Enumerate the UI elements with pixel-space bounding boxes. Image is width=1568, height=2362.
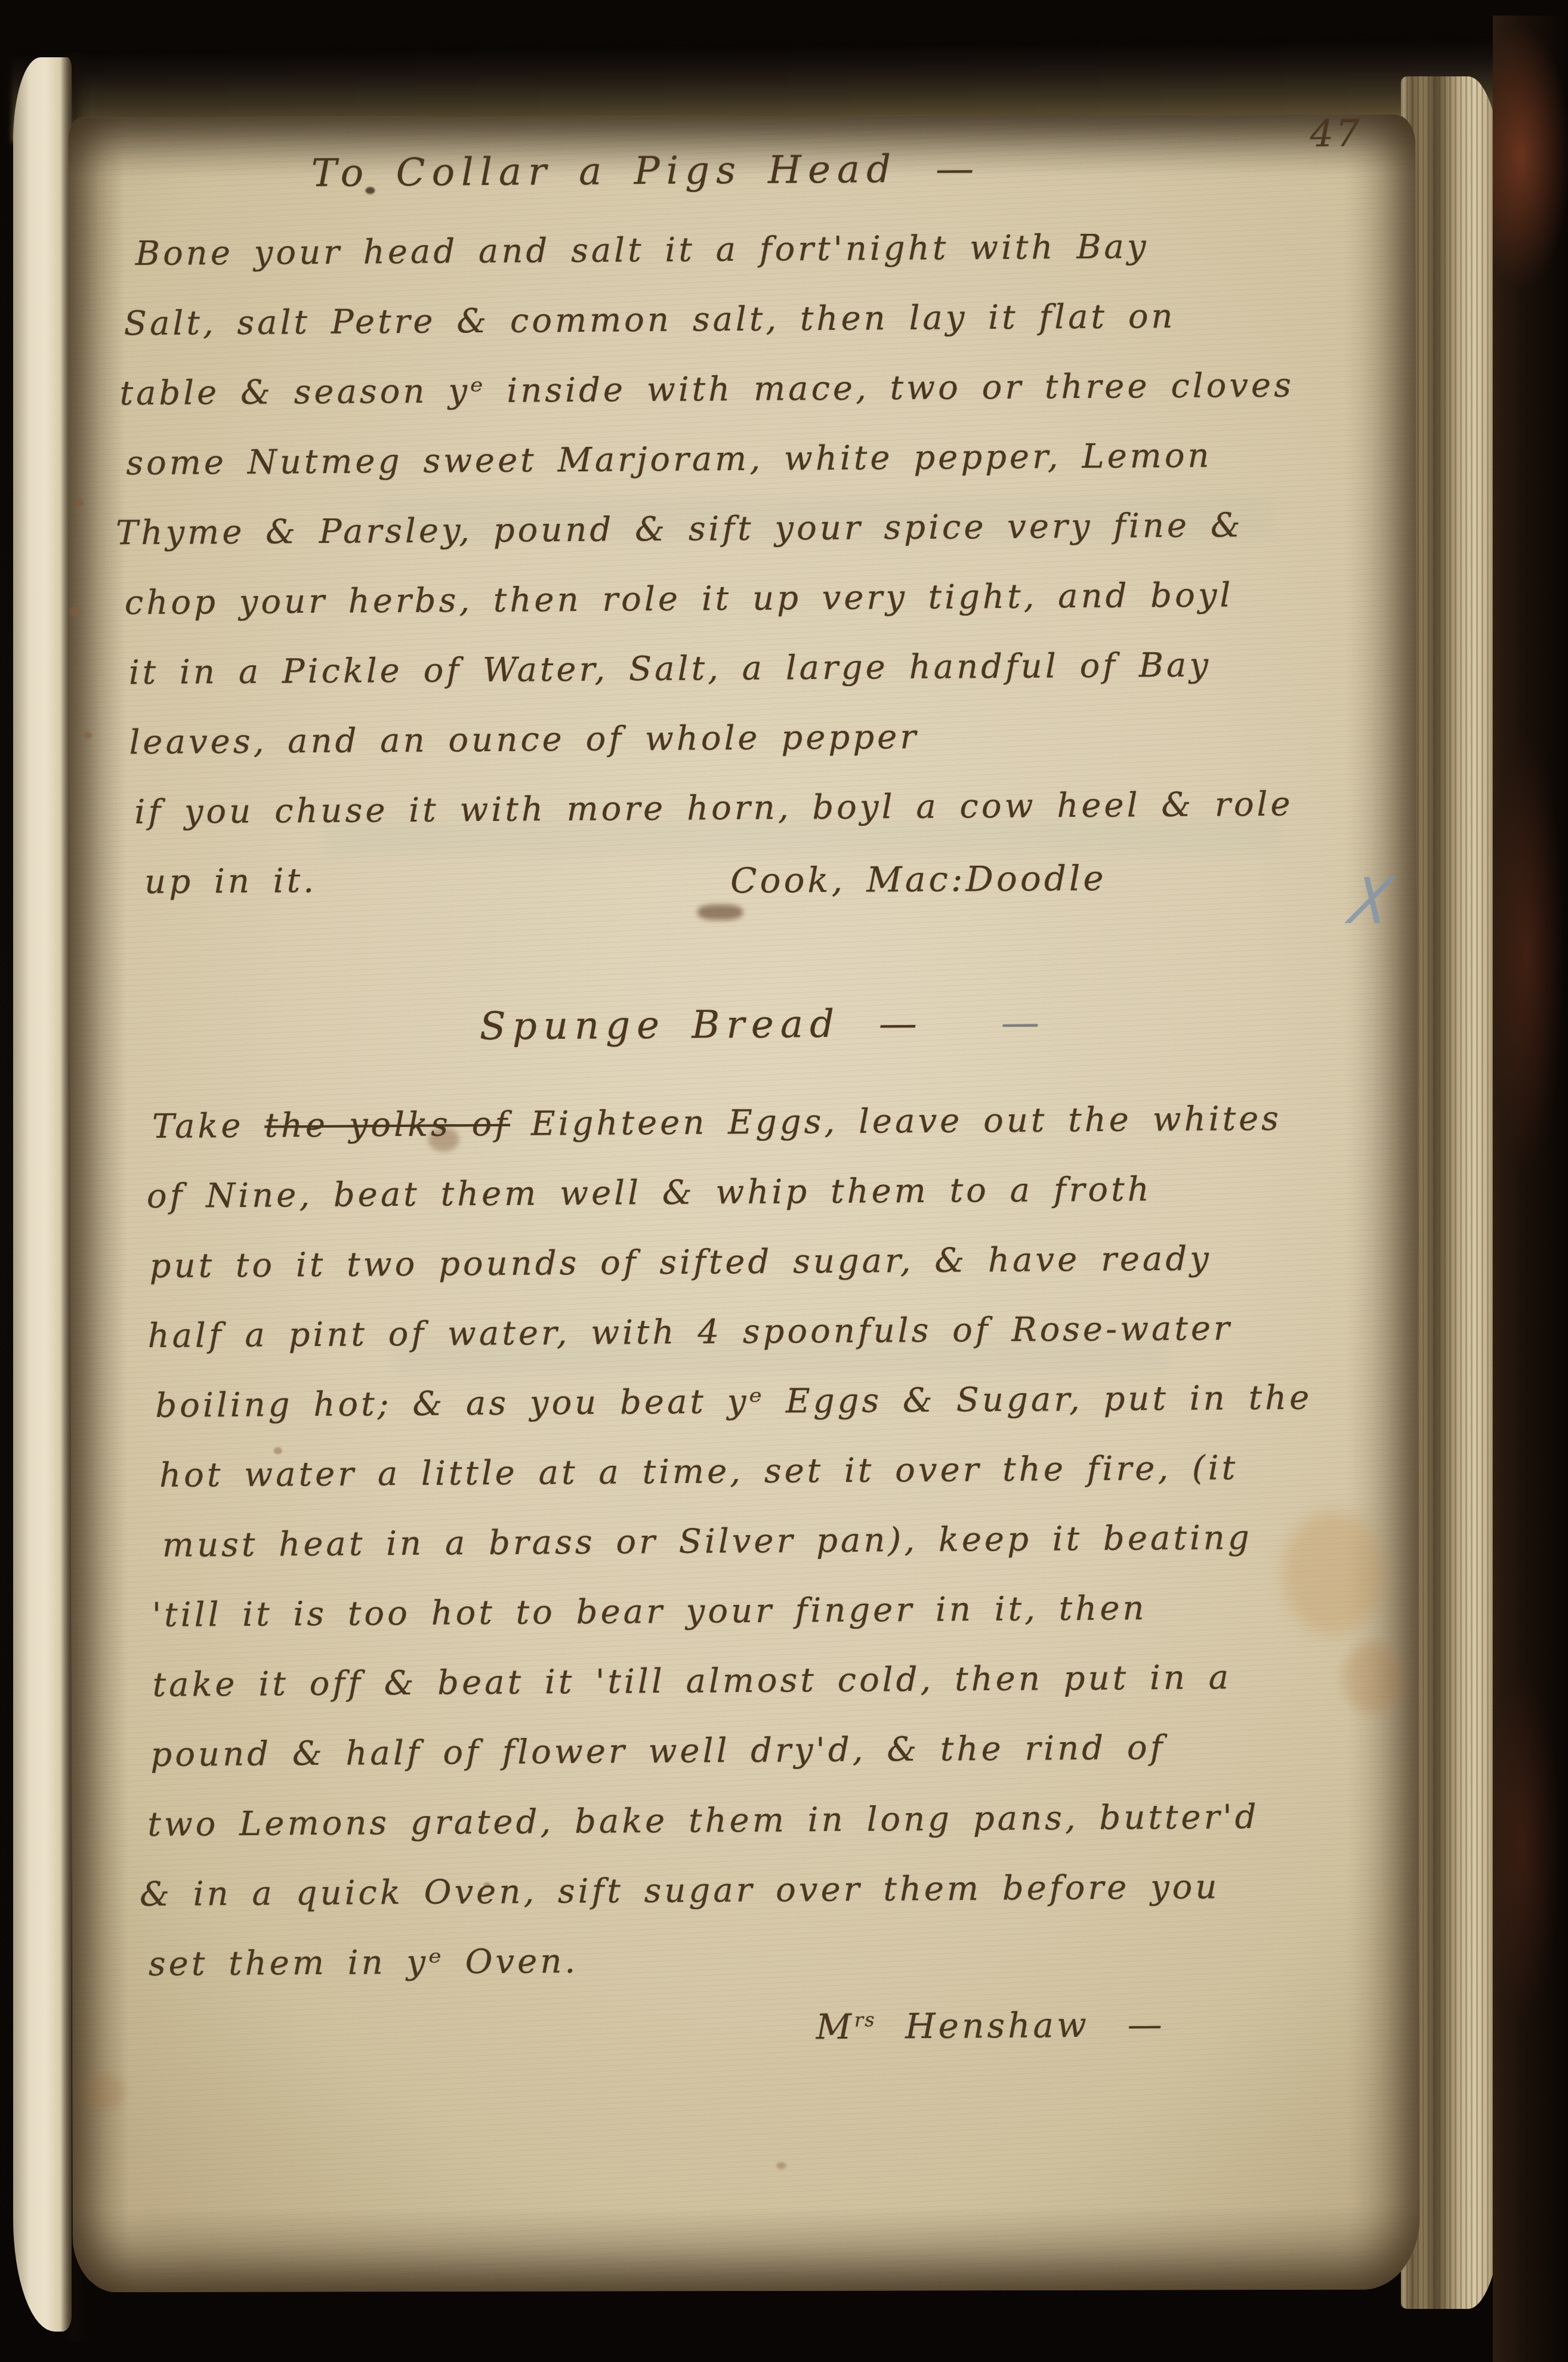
recipe-line: Take the yolks of Eighteen Eggs, leave o… <box>152 1100 1282 1146</box>
recipe-title: To Collar a Pigs Head— <box>311 147 981 196</box>
recipe-line: leaves, and an ounce of whole pepper <box>129 718 919 762</box>
book-cover-edge <box>1493 16 1568 2362</box>
recipe-line: it in a Pickle of Water, Salt, a large h… <box>129 646 1212 693</box>
recipe-title: Spunge Bread—— <box>480 1001 1047 1049</box>
recipe-line: pound & half of flower well dry'd, & the… <box>150 1728 1165 1774</box>
recipe-line: up in it. <box>144 862 317 901</box>
recipe-signature: Mrs Henshaw— <box>816 2004 1165 2047</box>
recipe-line: of Nine, beat them well & whip them to a… <box>147 1170 1152 1216</box>
recipe-line: set them in yᵉ Oven. <box>149 1942 579 1984</box>
recipe-line: 'till it is too hot to bear your finger … <box>152 1589 1147 1635</box>
recipe-line: & in a quick Oven, sift sugar over them … <box>140 1867 1220 1914</box>
manuscript-photo: 47 To Collar a Pigs Head— Bone your head… <box>0 0 1568 2362</box>
page-number: 47 <box>1310 112 1362 156</box>
recipe-line: put to it two pounds of sifted sugar, & … <box>149 1240 1212 1286</box>
pencil-check-x-mark: X <box>1344 864 1398 938</box>
recipe-line: chop your herbs, then role it up very ti… <box>125 576 1234 622</box>
recipe-line: table & season yᵉ inside with mace, two … <box>119 366 1294 413</box>
recipe-line: some Nutmeg sweet Marjoram, white pepper… <box>126 436 1212 483</box>
recipe-line: half a pint of water, with 4 spoonfuls o… <box>147 1309 1233 1356</box>
struck-text: the yolks of <box>264 1105 510 1146</box>
recipe-line: Bone your head and salt it a fort'night … <box>135 227 1149 273</box>
handwriting-layer: 47 To Collar a Pigs Head— Bone your head… <box>63 111 1425 2296</box>
title-dash: — <box>879 1002 924 1046</box>
recipe-title-text: To Collar a Pigs Head <box>311 147 898 196</box>
signature-dash: — <box>1127 2004 1165 2045</box>
recipe-line: take it off & beat it 'till almost cold,… <box>152 1658 1231 1705</box>
recipe-line: two Lemons grated, bake them in long pan… <box>147 1798 1260 1844</box>
recipe-line: hot water a little at a time, set it ove… <box>159 1449 1238 1495</box>
recipe-line: if you chuse it with more horn, boyl a c… <box>134 785 1294 832</box>
title-dash-faint: — <box>1001 1001 1047 1045</box>
signature-superscript: rs <box>854 2008 876 2031</box>
title-dash: — <box>936 147 981 192</box>
recipe-line: Salt, salt Petre & common salt, then lay… <box>124 297 1175 343</box>
recipe-signature: Cook, Mac:Doodle <box>730 858 1107 901</box>
recipe-line: Thyme & Parsley, pound & sift your spice… <box>116 506 1243 552</box>
signature-prefix: M <box>816 2006 854 2047</box>
recipe-title-text: Spunge Bread <box>480 1002 841 1049</box>
manuscript-page: 47 To Collar a Pigs Head— Bone your head… <box>68 115 1420 2293</box>
recipe-line: must heat in a brass or Silver pan), kee… <box>162 1518 1252 1565</box>
signature-name: Henshaw <box>905 2005 1089 2046</box>
line-segment: Take <box>152 1107 265 1146</box>
line-segment: Eighteen Eggs, leave out the whites <box>510 1100 1282 1144</box>
recipe-line: boiling hot; & as you beat yᵉ Eggs & Sug… <box>155 1378 1312 1425</box>
